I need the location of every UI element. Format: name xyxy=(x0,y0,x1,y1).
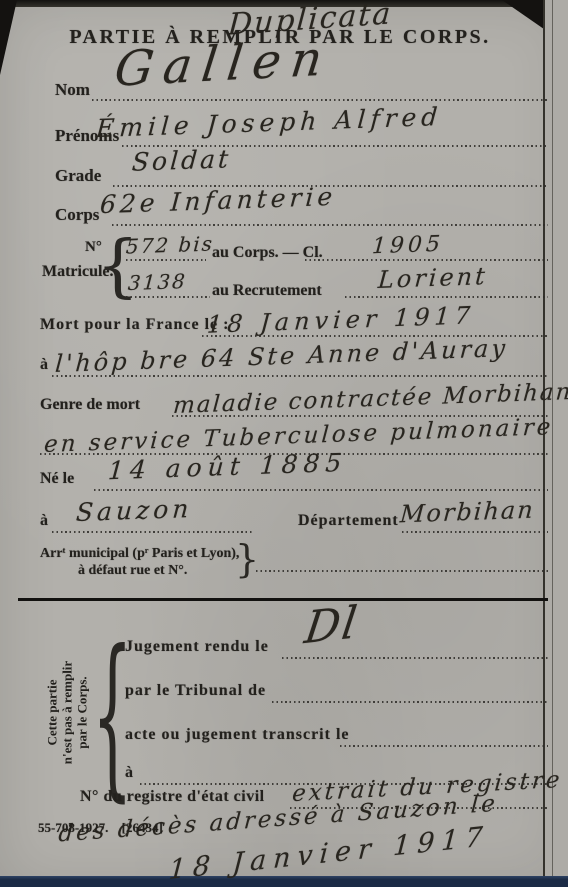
lieu-naissance-value: Sauzon xyxy=(75,494,193,527)
lieu-mort-value: l'hôp bre 64 Ste Anne d'Auray xyxy=(54,334,509,378)
grade-label: Grade xyxy=(55,166,101,186)
arr-brace: } xyxy=(235,540,259,578)
death-record-card-scan: Duplicata PARTIE À REMPLIR PAR LE CORPS.… xyxy=(0,0,568,887)
transcrit-line xyxy=(340,745,548,747)
jugement-handwritten-mark: Dl xyxy=(301,597,361,655)
lower-a-label: à xyxy=(125,764,133,782)
matricule-classe-line xyxy=(305,259,548,261)
matricule-recrutement-line2 xyxy=(345,296,548,298)
departement-label: Département xyxy=(298,512,399,530)
corps-label: Corps xyxy=(55,205,99,225)
genre-mort-label: Genre de mort xyxy=(40,396,140,414)
lieu-naissance-label: à xyxy=(40,512,48,530)
lieu-mort-label: à xyxy=(40,356,48,374)
sidebar-note-line1: Cette partie xyxy=(45,618,60,808)
nom-line xyxy=(92,99,548,101)
departement-value: Morbihan xyxy=(399,496,536,529)
arr-line xyxy=(256,570,548,572)
print-reference-number: 55-708-1927. xyxy=(38,820,108,835)
sidebar-note: Cette partie n'est pas à remplir par le … xyxy=(45,618,90,808)
arr-label-line1: Arrᵗ municipal (pʳ Paris et Lyon), xyxy=(40,546,239,562)
ne-le-line xyxy=(94,489,548,491)
ne-le-label: Né le xyxy=(40,470,74,488)
scan-corner-top-left xyxy=(0,0,17,75)
tribunal-label: par le Tribunal de xyxy=(125,682,266,700)
sidebar-note-line2: n'est pas à remplir xyxy=(60,618,75,808)
section-divider xyxy=(18,598,548,601)
mort-label: Mort pour la France le : xyxy=(40,316,229,334)
matricule-corps-value: 572 bis xyxy=(125,231,215,258)
nom-label: Nom xyxy=(55,80,90,100)
lieu-naissance-line xyxy=(52,531,252,533)
tribunal-line xyxy=(272,701,548,703)
matricule-recrutement-value: Lorient xyxy=(377,262,489,294)
transcrit-label: acte ou jugement transcrit le xyxy=(125,726,350,744)
corps-line xyxy=(112,224,548,226)
matricule-corps-line xyxy=(126,259,206,261)
matricule-number-value: 3138 xyxy=(127,269,188,295)
jugement-line xyxy=(282,657,548,659)
matricule-recrutement-line1 xyxy=(126,296,210,298)
nom-value: Gallen xyxy=(112,30,336,98)
grade-value: Soldat xyxy=(131,144,232,177)
prenoms-value: Émile Joseph Alfred xyxy=(95,102,443,143)
print-reference: 55-708-1927. [26434] xyxy=(38,820,163,836)
registre-label: N° du registre d'état civil xyxy=(80,788,265,806)
matricule-recrutement-label: au Recrutement xyxy=(212,282,322,300)
arr-label-line2: à défaut rue et N°. xyxy=(78,563,187,579)
jugement-label: Jugement rendu le xyxy=(125,638,269,656)
genre-mort-value-line1: maladie contractée Morbihan xyxy=(172,379,568,419)
scan-bottom-bar xyxy=(0,876,568,887)
departement-line xyxy=(402,531,548,533)
sidebar-note-line3: par le Corps. xyxy=(75,618,90,808)
print-reference-bracket: [26434] xyxy=(122,820,163,835)
matricule-classe-value: 1905 xyxy=(371,232,445,260)
corps-value: 62e Infanterie xyxy=(99,182,337,219)
mort-value: 18 Janvier 1917 xyxy=(206,301,476,338)
